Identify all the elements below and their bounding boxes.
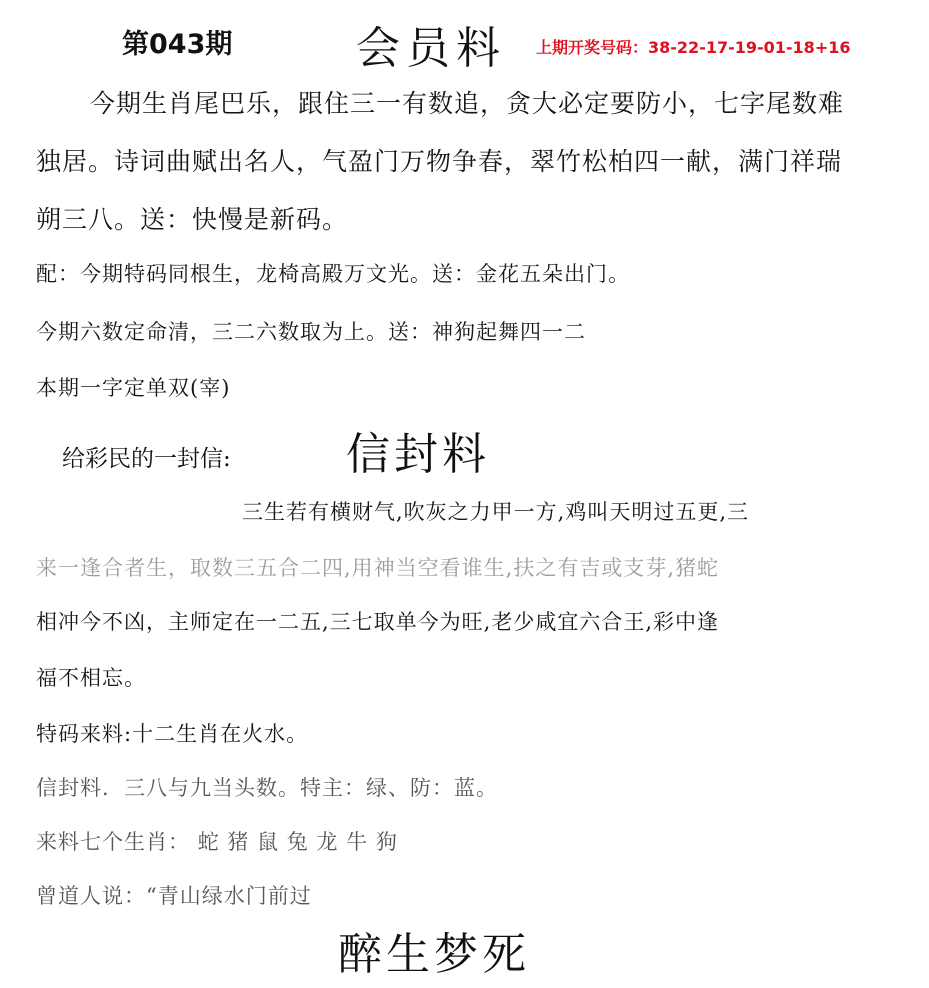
odd-even-line: 本期一字定单双(宰) — [36, 372, 230, 402]
zodiac: 蛇 — [198, 830, 220, 854]
zodiac: 牛 — [346, 830, 368, 854]
zodiac: 鼠 — [257, 830, 279, 854]
zodiac: 龙 — [316, 830, 338, 854]
zodiac: 猪 — [227, 830, 249, 854]
zodiac: 狗 — [376, 830, 398, 854]
issue-number: 第043期 — [122, 22, 232, 61]
letter-title: 信封料 — [346, 418, 490, 482]
member-paragraph-line: 独居。诗词曲赋出名人，气盈门万物争春，翠竹松柏四一献，满门祥瑞 — [36, 142, 842, 178]
footer-title: 醉生梦死 — [338, 918, 530, 982]
letter-paragraph-line: 来一逢合者生，取数三五合二四,用神当空看谁生,扶之有吉或支芽,猪蛇 — [36, 552, 719, 582]
six-numbers-line: 今期六数定命清，三二六数取为上。送：神狗起舞四一二 — [36, 316, 586, 346]
previous-draw: 上期开奖号码：38-22-17-19-01-18+16 — [536, 35, 850, 58]
previous-draw-label: 上期开奖号码： — [536, 38, 648, 57]
letter-paragraph-line: 福不相忘。 — [36, 662, 146, 692]
seven-zodiacs-label: 来料七个生肖： — [36, 830, 190, 854]
envelope-note-line: 信封料．三八与九当头数。特主：绿、防：蓝。 — [36, 772, 498, 802]
member-paragraph-line: 朔三八。送：快慢是新码。 — [36, 200, 348, 236]
zodiac: 兔 — [287, 830, 309, 854]
pairing-line: 配：今期特码同根生，龙椅高殿万文光。送：金花五朵出门。 — [36, 258, 630, 288]
previous-draw-numbers: 38-22-17-19-01-18+16 — [648, 38, 850, 57]
seven-zodiacs-line: 来料七个生肖： 蛇 猪 鼠 兔 龙 牛 狗 — [36, 826, 398, 856]
letter-heading: 给彩民的一封信: — [62, 440, 231, 473]
letter-paragraph-line: 三生若有横财气,吹灰之力甲一方,鸡叫天明过五更,三 — [242, 496, 749, 526]
letter-paragraph-line: 相冲今不凶，主师定在一二五,三七取单今为旺,老少咸宜六合王,彩中逢 — [36, 606, 719, 636]
page-title: 会员料 — [356, 12, 506, 76]
special-code-line: 特码来料:十二生肖在火水。 — [36, 718, 308, 748]
member-paragraph-line: 今期生肖尾巴乐，跟住三一有数追，贪大必定要防小，七字尾数难 — [90, 84, 844, 120]
taoist-quote-line: 曾道人说：“青山绿水门前过 — [36, 880, 312, 910]
